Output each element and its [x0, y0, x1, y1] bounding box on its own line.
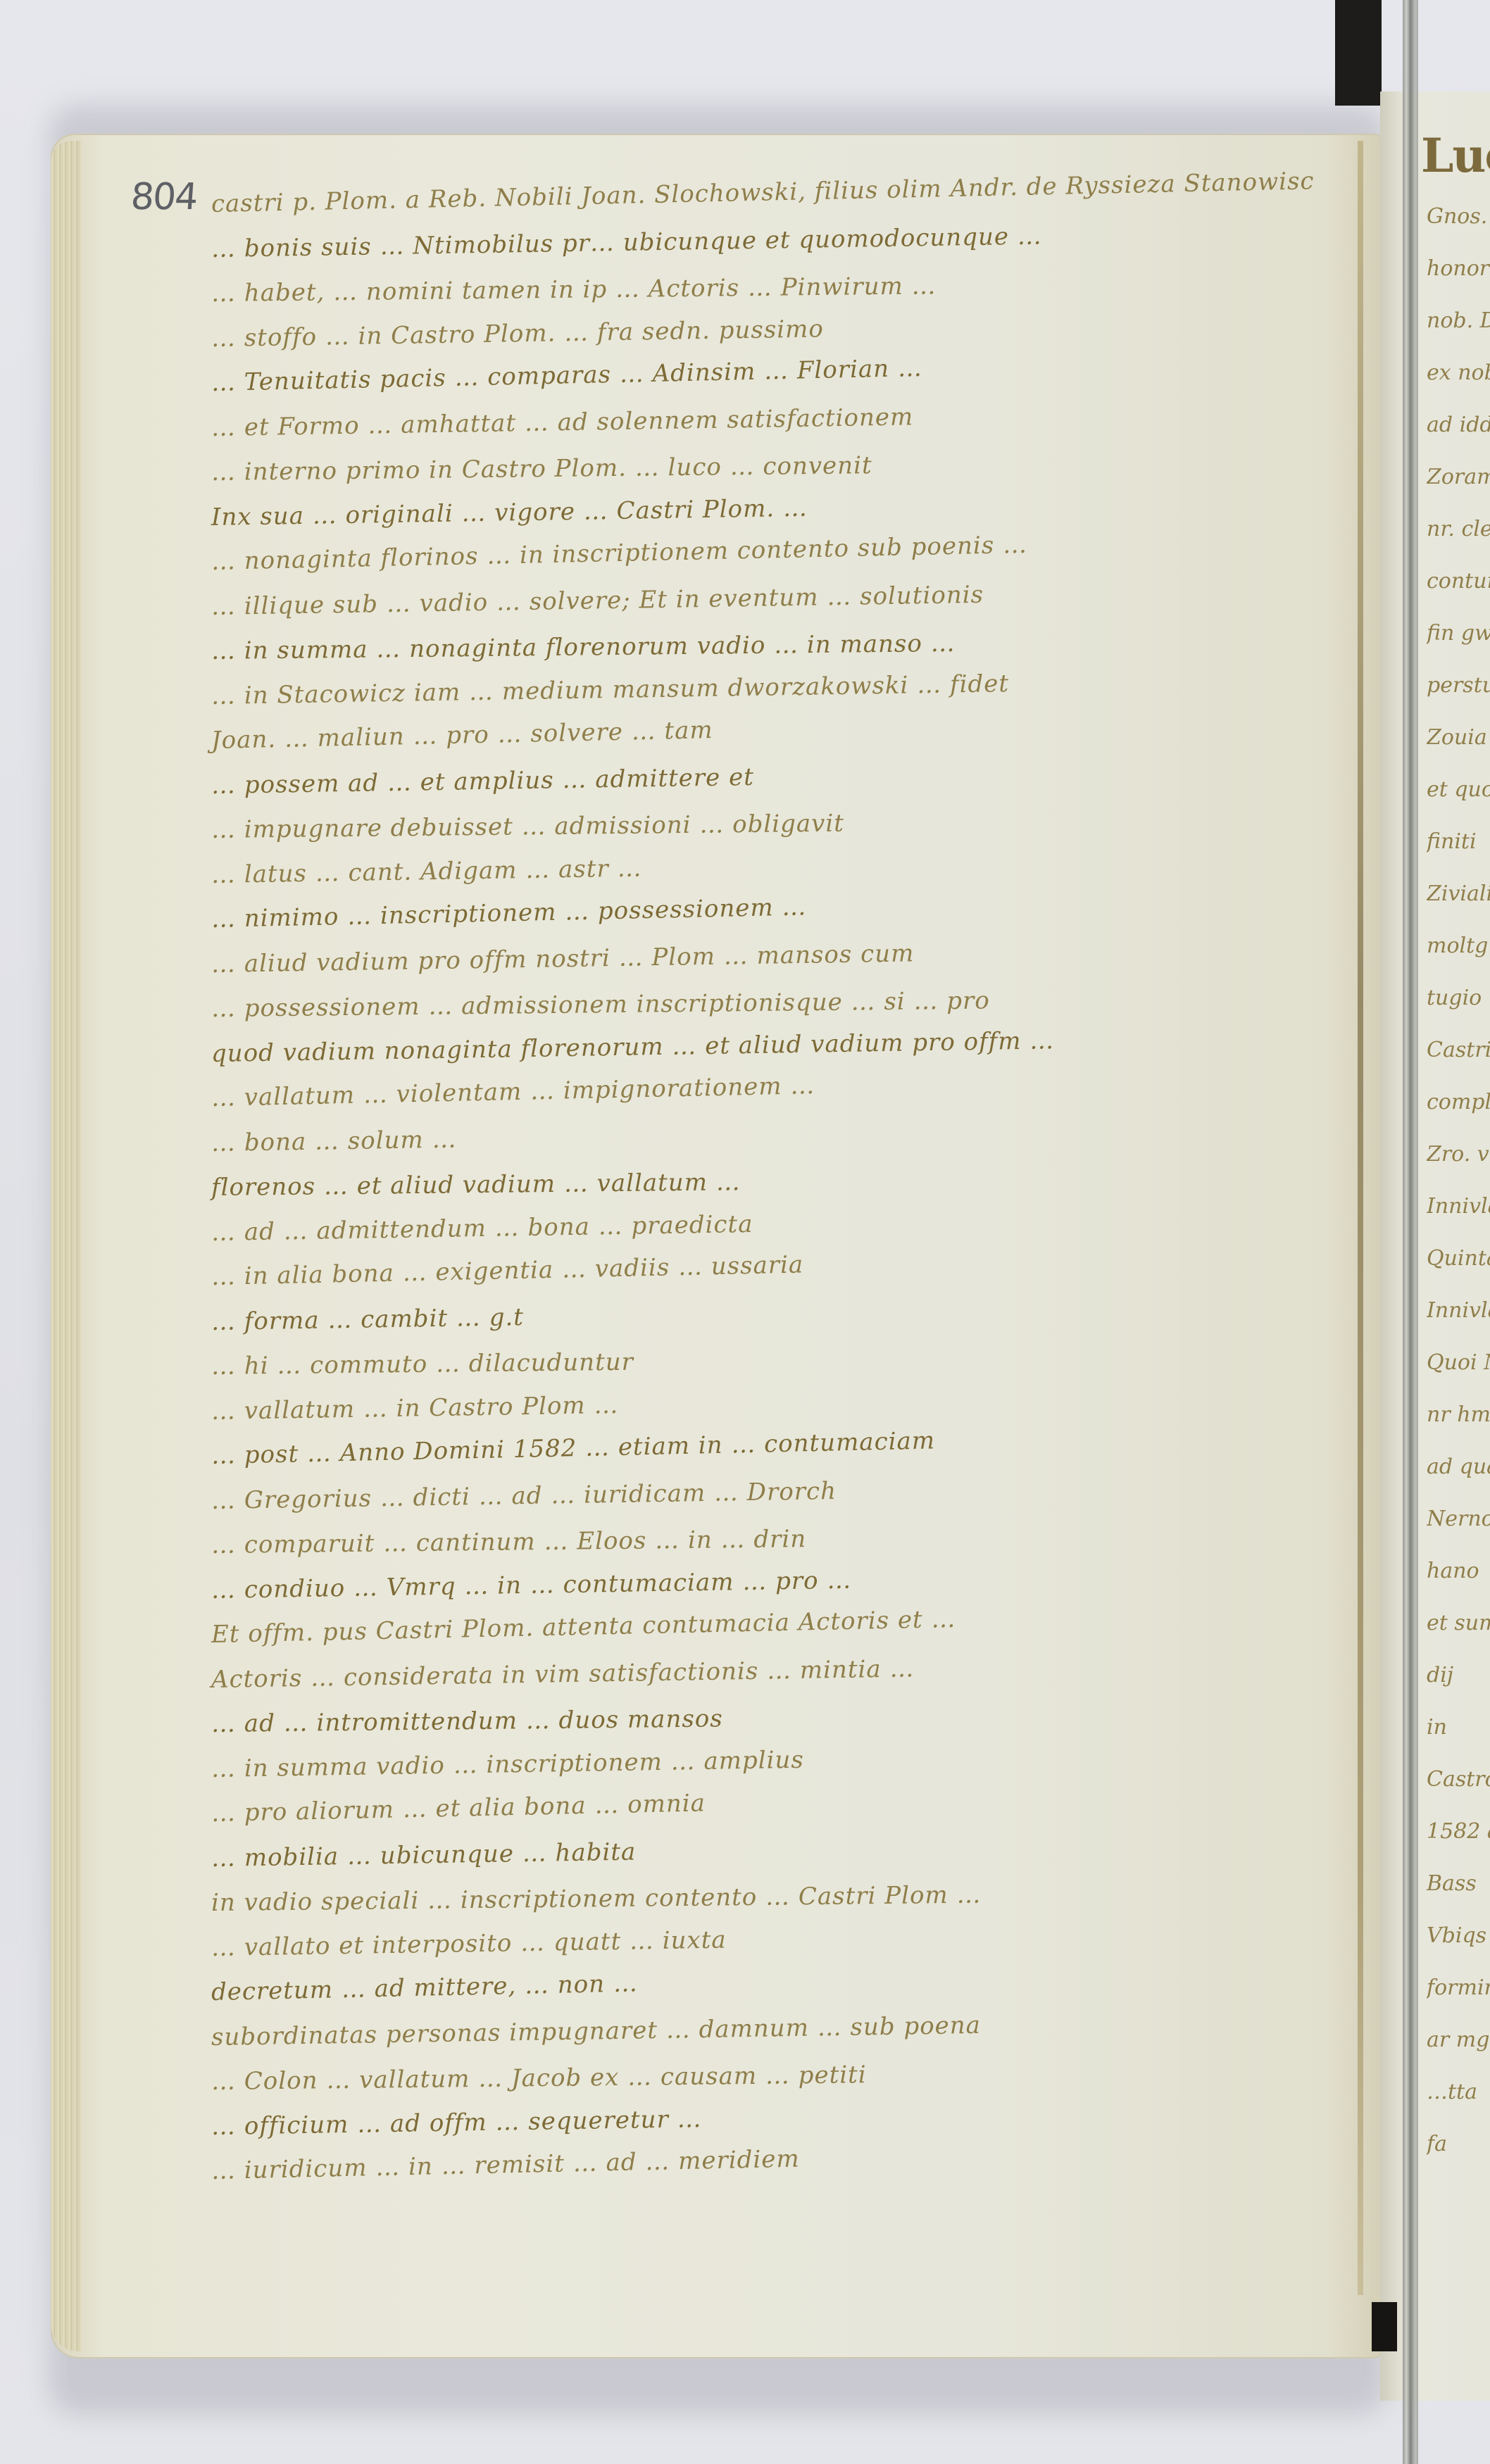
facing-page-line: et quos [1427, 777, 1490, 802]
facing-page-line: fin gwn [1427, 621, 1490, 646]
facing-page-line: Innivlab [1427, 1194, 1490, 1219]
manuscript-line: … bona … solum … [211, 1125, 457, 1157]
facing-page-heading: Luc [1421, 128, 1490, 183]
manuscript-line: … hi … commuto … dilacuduntur [211, 1348, 634, 1381]
facing-page-line: Quinta [1427, 1246, 1490, 1271]
facing-page-line: ex nob [1427, 360, 1490, 385]
manuscript-line: florenos … et aliud vadium … vallatum … [211, 1168, 741, 1202]
facing-page-line: Bass [1427, 1871, 1490, 1896]
facing-page-line: Ziviali [1427, 881, 1490, 906]
facing-page-line: nr hm [1427, 1402, 1490, 1427]
facing-page-line: Gnos. M [1427, 204, 1490, 229]
facing-page-line: Nerno [1427, 1507, 1490, 1531]
facing-page-line: tugio [1427, 986, 1490, 1010]
manuscript-line: … vallatum … in Castro Plom … [211, 1390, 619, 1425]
facing-page-line: perstum [1427, 673, 1490, 698]
facing-page-line: finiti [1427, 829, 1490, 854]
gutter-stain [1358, 141, 1363, 2295]
folio-number: 804 [130, 176, 198, 218]
facing-page-line: nob. D [1427, 308, 1490, 333]
facing-page-line: Castro Plom [1427, 1767, 1490, 1792]
facing-page-line: …tta [1427, 2080, 1490, 2104]
facing-page-line: et sumb [1427, 1611, 1490, 1635]
binding-strip-bottom [1372, 2302, 1397, 2351]
glass-plate-edge [1403, 0, 1418, 2464]
facing-page-line: Zouia [1427, 725, 1490, 750]
binding-strip-top [1335, 0, 1382, 106]
facing-page-line: moltg [1427, 934, 1490, 958]
manuscript-line: … ad … intromittendum … duos mansos [211, 1704, 723, 1738]
facing-page-line: Vbiqs [1427, 1923, 1490, 1948]
facing-page-line: Zro. vt [1427, 1142, 1490, 1167]
facing-page-line: Castri [1427, 1038, 1490, 1062]
facing-page-line: Quoi Mi [1427, 1350, 1490, 1375]
facing-page-line: ad quam [1427, 1454, 1490, 1479]
manuscript-line: … forma … cambit … g.t [211, 1303, 525, 1336]
facing-page-line: hano [1427, 1559, 1490, 1583]
page-edges [51, 141, 82, 2351]
facing-page-line: ad idd [1427, 413, 1490, 437]
facing-page-line: Innivla [1427, 1298, 1490, 1323]
facing-page-line: contum [1427, 569, 1490, 593]
facing-page-line: ar mg [1427, 2028, 1490, 2052]
facing-page-line: compl [1427, 1090, 1490, 1114]
facing-page-line: in [1427, 1715, 1490, 1740]
facing-page-line: fa [1427, 2132, 1490, 2156]
facing-page-line: formin [1427, 1975, 1490, 2000]
facing-page-line: honori [1427, 256, 1490, 281]
facing-page-line: nr. clea [1427, 517, 1490, 541]
facing-page-line: dij [1427, 1663, 1490, 1687]
facing-page-line: 1582 a [1427, 1819, 1490, 1844]
facing-page-line: Zoram [1427, 465, 1490, 489]
